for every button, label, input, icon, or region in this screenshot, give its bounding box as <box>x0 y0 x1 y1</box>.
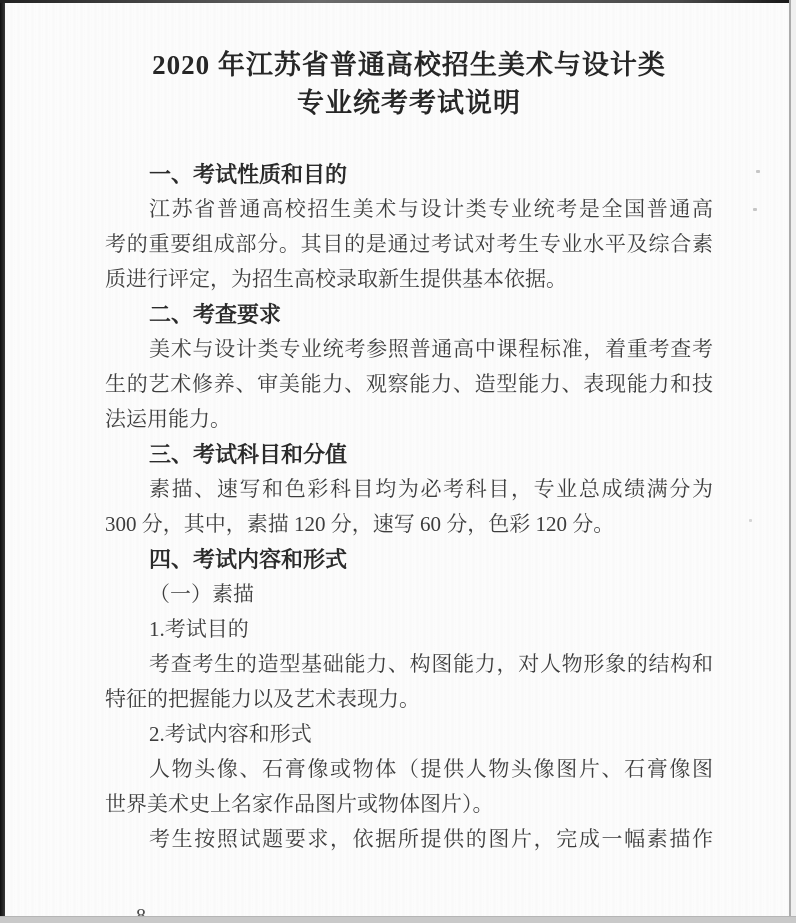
paragraph-line: 质进行评定，为招生高校录取新生提供基本依据。 <box>105 262 713 297</box>
scanned-document-page: 2020 年江苏省普通高校招生美术与设计类 专业统考考试说明 一、考试性质和目的… <box>0 0 796 923</box>
subitem-exam-purpose: 1.考试目的 <box>105 612 713 647</box>
paragraph-line: 素描、速写和色彩科目均为必考科目，专业总成绩满分为 <box>105 472 713 507</box>
section-heading-1: 一、考试性质和目的 <box>105 157 713 192</box>
paragraph-line: 特征的把握能力以及艺术表现力。 <box>105 682 713 717</box>
document-body: 一、考试性质和目的 江苏省普通高校招生美术与设计类专业统考是全国普通高 考的重要… <box>105 157 713 857</box>
section-heading-3: 三、考试科目和分值 <box>105 437 713 472</box>
scan-edge-right-pad <box>791 0 796 923</box>
paragraph-line: 法运用能力。 <box>105 402 713 437</box>
paragraph-line: 考查考生的造型基础能力、构图能力，对人物形象的结构和 <box>105 647 713 682</box>
paragraph-line: 300 分，其中，素描 120 分，速写 60 分，色彩 120 分。 <box>105 507 713 542</box>
paragraph-line: 人物头像、石膏像或物体（提供人物头像图片、石膏像图片、 <box>105 752 713 787</box>
scan-edge-right-line <box>789 0 791 923</box>
paragraph-line: 考的重要组成部分。其目的是通过考试对考生专业水平及综合素 <box>105 227 713 262</box>
document-title-line-1: 2020 年江苏省普通高校招生美术与设计类 <box>105 46 713 84</box>
section-heading-2: 二、考查要求 <box>105 297 713 332</box>
paragraph-line: 江苏省普通高校招生美术与设计类专业统考是全国普通高 <box>105 192 713 227</box>
scan-speck <box>749 519 752 522</box>
document-title: 2020 年江苏省普通高校招生美术与设计类 专业统考考试说明 <box>105 46 713 122</box>
paragraph-line: 考生按照试题要求，依据所提供的图片，完成一幅素描作品。 <box>105 822 713 857</box>
scan-edge-left <box>0 0 5 923</box>
paragraph-line: 世界美术史上名家作品图片或物体图片）。 <box>105 787 713 822</box>
document-title-line-2: 专业统考考试说明 <box>105 84 713 122</box>
scan-speck <box>756 170 760 173</box>
scan-edge-top <box>0 0 796 3</box>
paragraph-line: 生的艺术修养、审美能力、观察能力、造型能力、表现能力和技 <box>105 367 713 402</box>
scan-speck <box>753 208 757 211</box>
subsection-heading-sketch: （一）素描 <box>105 577 713 612</box>
scan-edge-bottom <box>0 916 796 923</box>
section-heading-4: 四、考试内容和形式 <box>105 542 713 577</box>
paragraph-line: 美术与设计类专业统考参照普通高中课程标准，着重考查考 <box>105 332 713 367</box>
subitem-exam-content: 2.考试内容和形式 <box>105 717 713 752</box>
